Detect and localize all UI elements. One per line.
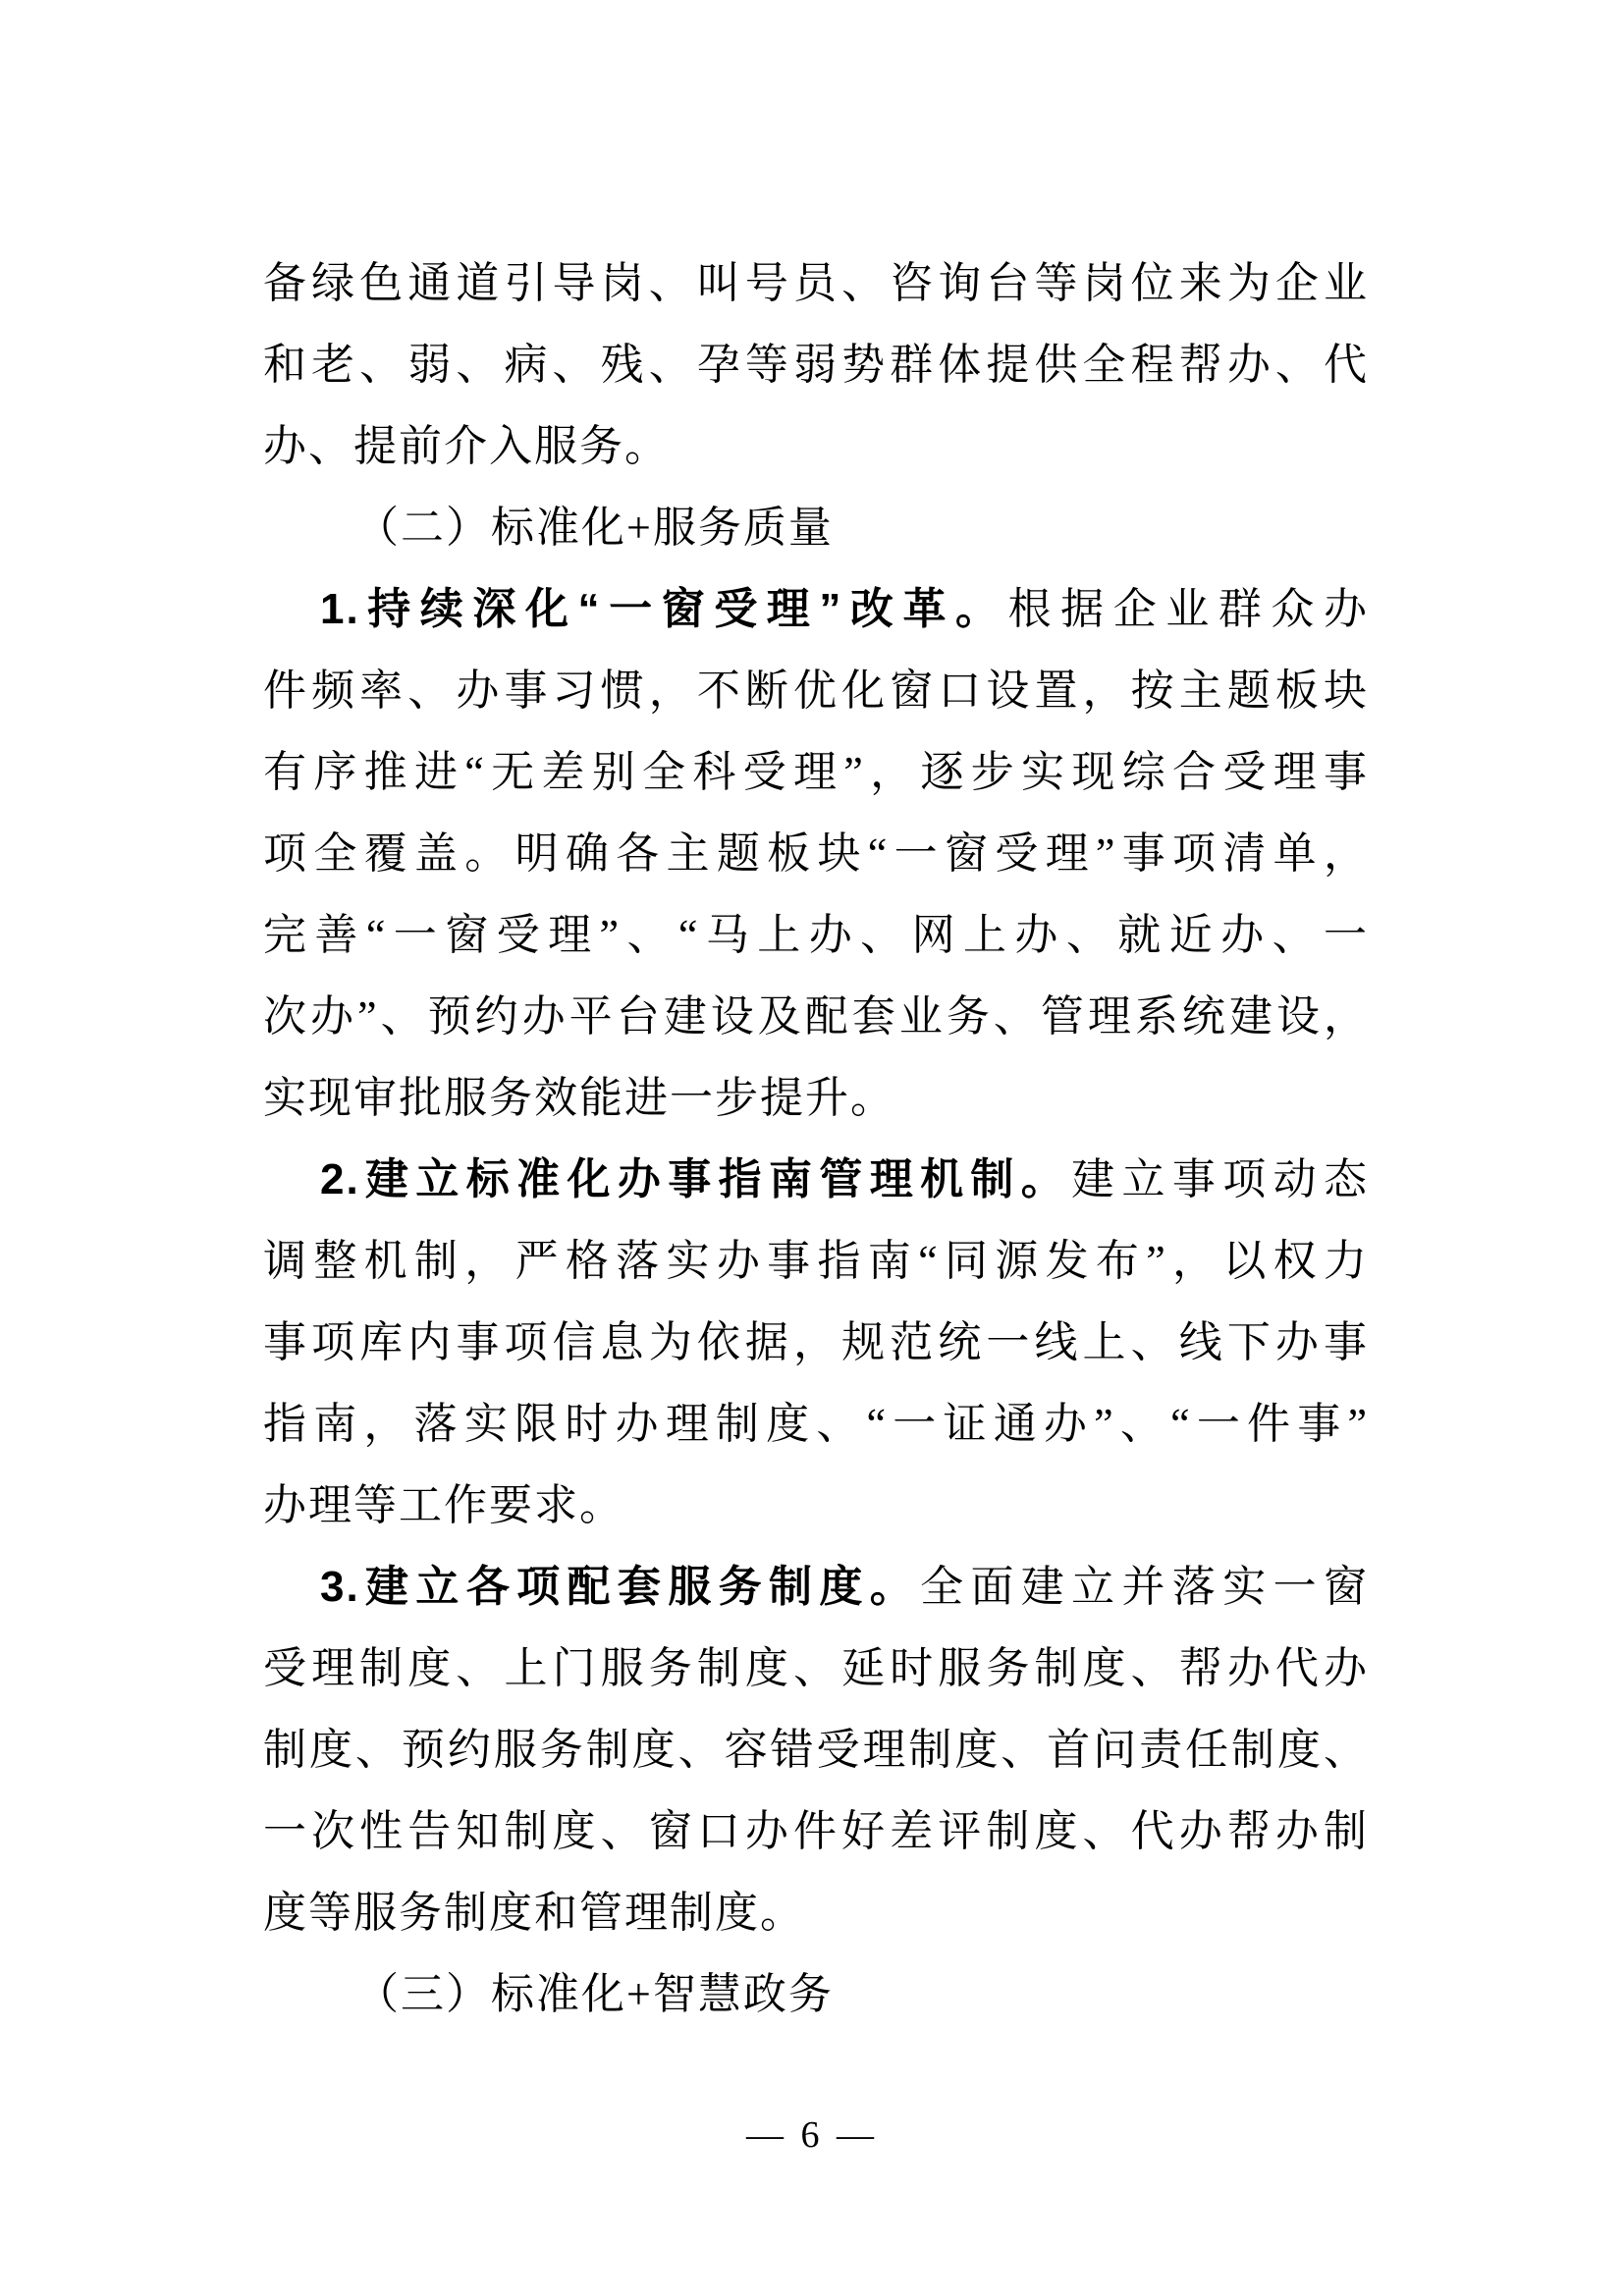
bold-lead-text: 2.建立标准化办事指南管理机制。 — [320, 1155, 1071, 1203]
text-line: 有序推进“无差别全科受理”，逐步实现综合受理事 — [263, 731, 1369, 813]
line-text: 和老、弱、病、残、孕等弱势群体提供全程帮办、代 — [263, 341, 1369, 389]
text-line: 件频率、办事习惯，不断优化窗口设置，按主题板块 — [263, 650, 1369, 731]
text-line: 3.建立各项配套服务制度。全面建立并落实一窗 — [263, 1546, 1369, 1628]
line-text: 受理制度、上门服务制度、延时服务制度、帮办代办 — [263, 1644, 1369, 1692]
line-text: 项全覆盖。明确各主题板块“一窗受理”事项清单， — [263, 829, 1369, 878]
text-line: 项全覆盖。明确各主题板块“一窗受理”事项清单， — [263, 813, 1369, 894]
text-line: 办、提前介入服务。 — [263, 405, 1369, 487]
line-text: （三）标准化+智慧政务 — [355, 1970, 834, 2018]
line-text: 办、提前介入服务。 — [263, 422, 670, 470]
text-line: 受理制度、上门服务制度、延时服务制度、帮办代办 — [263, 1628, 1369, 1709]
text-line: 事项库内事项信息为依据，规范统一线上、线下办事 — [263, 1302, 1369, 1383]
line-text: 完善“一窗受理”、“马上办、网上办、就近办、一 — [263, 911, 1369, 959]
line-text: 备绿色通道引导岗、叫号员、咨询台等岗位来为企业 — [263, 259, 1369, 307]
line-text: 次办”、预约办平台建设及配套业务、管理系统建设， — [263, 992, 1369, 1041]
line-text: 指南，落实限时办理制度、“一证通办”、“一件事” — [263, 1400, 1369, 1448]
line-text: 制度、预约服务制度、容错受理制度、首问责任制度、 — [263, 1726, 1369, 1774]
line-text: 一次性告知制度、窗口办件好差评制度、代办帮办制 — [263, 1807, 1369, 1855]
section-heading: （二）标准化+服务质量 — [263, 487, 1369, 568]
text-line: 指南，落实限时办理制度、“一证通办”、“一件事” — [263, 1383, 1369, 1465]
line-text: 调整机制，严格落实办事指南“同源发布”，以权力 — [263, 1237, 1369, 1285]
bold-lead-text: 1.持续深化“一窗受理”改革。 — [320, 585, 1008, 633]
line-text: 有序推进“无差别全科受理”，逐步实现综合受理事 — [263, 748, 1369, 796]
text-line: 和老、弱、病、残、孕等弱势群体提供全程帮办、代 — [263, 324, 1369, 405]
line-text: 件频率、办事习惯，不断优化窗口设置，按主题板块 — [263, 667, 1369, 715]
text-line: 实现审批服务效能进一步提升。 — [263, 1057, 1369, 1139]
text-line: 1.持续深化“一窗受理”改革。根据企业群众办 — [263, 568, 1369, 650]
line-text: 根据企业群众办 — [1008, 585, 1369, 633]
text-line: 完善“一窗受理”、“马上办、网上办、就近办、一 — [263, 894, 1369, 976]
text-line: 制度、预约服务制度、容错受理制度、首问责任制度、 — [263, 1709, 1369, 1790]
line-text: 事项库内事项信息为依据，规范统一线上、线下办事 — [263, 1318, 1369, 1366]
line-text: 办理等工作要求。 — [263, 1481, 624, 1529]
text-line: 调整机制，严格落实办事指南“同源发布”，以权力 — [263, 1220, 1369, 1302]
text-line: 一次性告知制度、窗口办件好差评制度、代办帮办制 — [263, 1790, 1369, 1872]
line-text: 全面建立并落实一窗 — [920, 1563, 1369, 1611]
section-heading: （三）标准化+智慧政务 — [263, 1953, 1369, 2035]
text-line: 办理等工作要求。 — [263, 1465, 1369, 1546]
text-line: 度等服务制度和管理制度。 — [263, 1872, 1369, 1953]
document-body: 备绿色通道引导岗、叫号员、咨询台等岗位来为企业和老、弱、病、残、孕等弱势群体提供… — [263, 242, 1369, 2035]
document-page: 备绿色通道引导岗、叫号员、咨询台等岗位来为企业和老、弱、病、残、孕等弱势群体提供… — [0, 0, 1624, 2296]
bold-lead-text: 3.建立各项配套服务制度。 — [320, 1563, 920, 1611]
text-line: 备绿色通道引导岗、叫号员、咨询台等岗位来为企业 — [263, 242, 1369, 324]
line-text: 度等服务制度和管理制度。 — [263, 1889, 805, 1937]
line-text: （二）标准化+服务质量 — [355, 504, 834, 552]
page-number: — 6 — — [746, 2114, 878, 2156]
text-line: 次办”、预约办平台建设及配套业务、管理系统建设， — [263, 976, 1369, 1057]
line-text: 实现审批服务效能进一步提升。 — [263, 1074, 895, 1122]
text-line: 2.建立标准化办事指南管理机制。建立事项动态 — [263, 1139, 1369, 1220]
line-text: 建立事项动态 — [1071, 1155, 1369, 1203]
page-footer: — 6 — — [0, 2110, 1624, 2160]
